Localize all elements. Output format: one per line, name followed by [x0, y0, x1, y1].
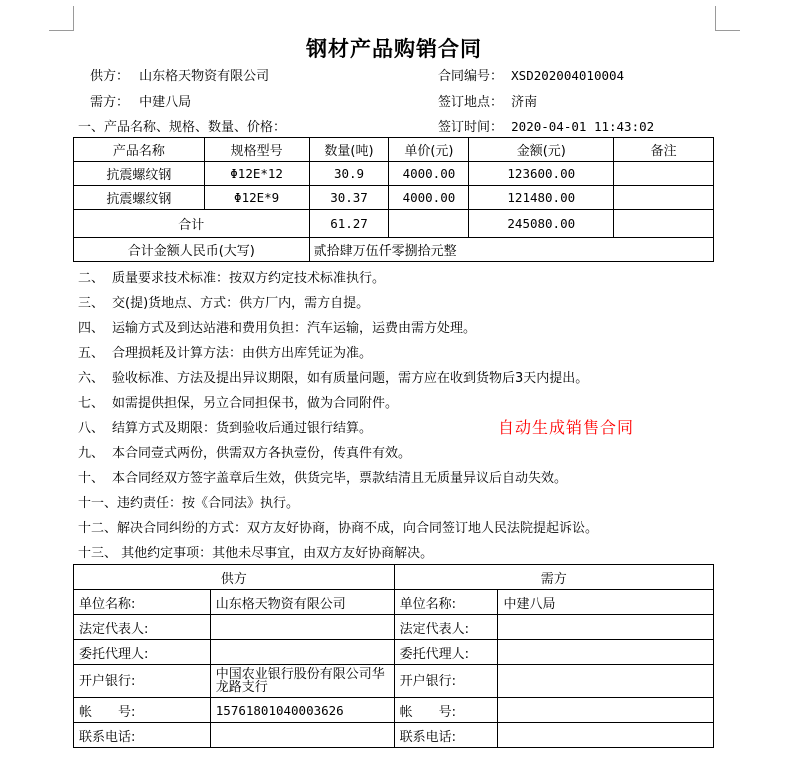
total-qty: 61.27	[309, 210, 389, 238]
supplier-agent-label: 委托代理人:	[74, 640, 211, 665]
clause-7: 七、如需提供担保，另立合同担保书，做为合同附件。	[78, 391, 598, 416]
cell-amount: 121480.00	[469, 186, 614, 210]
auto-generated-label: 自动生成销售合同	[498, 415, 634, 438]
total-amount: 245080.00	[469, 210, 614, 238]
sign-time-value: 2020-04-01 11:43:02	[511, 119, 654, 134]
total-note	[614, 210, 714, 238]
total-price	[389, 210, 469, 238]
contract-no-label: 合同编号：	[438, 69, 503, 84]
clause-12: 十二、解决合同纠纷的方式：双方友好协商，协商不成，向合同签订地人民法院提起诉讼。	[78, 516, 598, 541]
clause-4: 四、运输方式及到达站港和费用负担：汽车运输，运费由需方处理。	[78, 316, 598, 341]
phone-row: 联系电话: 联系电话:	[74, 723, 714, 748]
sign-place-label: 签订地点：	[438, 95, 503, 110]
clause-13: 十三、 其他约定事项：其他未尽事宜，由双方友好协商解决。	[78, 541, 598, 566]
clause-2: 二、质量要求技术标准：按双方约定技术标准执行。	[78, 266, 598, 291]
buyer-line: 需方： 中建八局	[90, 91, 191, 110]
supplier-unit-name: 山东格天物资有限公司	[210, 590, 394, 615]
goods-header-row: 产品名称 规格型号 数量(吨) 单价(元) 金额(元) 备注	[74, 138, 714, 162]
total-rmb-label: 合计金额人民币(大写)	[74, 238, 310, 262]
supplier-phone-label: 联系电话:	[74, 723, 211, 748]
supplier-phone	[210, 723, 394, 748]
buyer-unit-name-label: 单位名称:	[394, 590, 498, 615]
supplier-bank: 中国农业银行股份有限公司华龙路支行	[210, 665, 394, 698]
sign-time-label: 签订时间：	[438, 120, 503, 135]
buyer-header: 需方	[394, 565, 713, 590]
buyer-bank-label: 开户银行:	[394, 665, 498, 698]
col-header-price: 单价(元)	[389, 138, 469, 162]
unit-name-row: 单位名称: 山东格天物资有限公司 单位名称: 中建八局	[74, 590, 714, 615]
agent-row: 委托代理人: 委托代理人:	[74, 640, 714, 665]
supplier-agent	[210, 640, 394, 665]
col-header-note: 备注	[614, 138, 714, 162]
account-row: 帐 号: 15761801040003626 帐 号:	[74, 698, 714, 723]
page-corner-mark-right	[715, 6, 740, 31]
supplier-label: 供方：	[90, 69, 129, 84]
cell-qty: 30.9	[309, 162, 389, 186]
supplier-account: 15761801040003626	[210, 698, 394, 723]
parties-header-row: 供方 需方	[74, 565, 714, 590]
section-one-heading: 一、产品名称、规格、数量、价格：	[78, 116, 286, 135]
table-row: 抗震螺纹钢 Φ12E*9 30.37 4000.00 121480.00	[74, 186, 714, 210]
col-header-spec: 规格型号	[204, 138, 309, 162]
cell-note	[614, 162, 714, 186]
sign-place-value: 济南	[511, 95, 537, 110]
buyer-agent-label: 委托代理人:	[394, 640, 498, 665]
clause-11: 十一、违约责任：按《合同法》执行。	[78, 491, 598, 516]
supplier-bank-label: 开户银行:	[74, 665, 211, 698]
buyer-value: 中建八局	[139, 95, 191, 110]
supplier-line: 供方： 山东格天物资有限公司	[90, 65, 269, 84]
supplier-unit-name-label: 单位名称:	[74, 590, 211, 615]
supplier-value: 山东格天物资有限公司	[139, 69, 269, 84]
clause-6: 六、验收标准、方法及提出异议期限，如有质量问题，需方应在收到货物后3天内提出。	[78, 366, 598, 391]
legal-rep-row: 法定代表人: 法定代表人:	[74, 615, 714, 640]
supplier-header: 供方	[74, 565, 395, 590]
col-header-qty: 数量(吨)	[309, 138, 389, 162]
cell-amount: 123600.00	[469, 162, 614, 186]
clause-9: 九、本合同壹式两份，供需双方各执壹份，传真件有效。	[78, 441, 598, 466]
total-row: 合计 61.27 245080.00	[74, 210, 714, 238]
buyer-agent	[498, 640, 714, 665]
cell-name: 抗震螺纹钢	[74, 186, 205, 210]
total-rmb-row: 合计金额人民币(大写) 贰拾肆万伍仟零捌拾元整	[74, 238, 714, 262]
buyer-label: 需方：	[90, 95, 129, 110]
sign-time-line: 签订时间： 2020-04-01 11:43:02	[438, 116, 654, 135]
sign-place-line: 签订地点： 济南	[438, 91, 537, 110]
goods-table: 产品名称 规格型号 数量(吨) 单价(元) 金额(元) 备注 抗震螺纹钢 Φ12…	[73, 137, 714, 262]
contract-no-value: XSD202004010004	[511, 68, 624, 83]
buyer-phone-label: 联系电话:	[394, 723, 498, 748]
clause-5: 五、合理损耗及计算方法：由供方出库凭证为准。	[78, 341, 598, 366]
buyer-legal-rep-label: 法定代表人:	[394, 615, 498, 640]
table-row: 抗震螺纹钢 Φ12E*12 30.9 4000.00 123600.00	[74, 162, 714, 186]
clause-10: 十、本合同经双方签字盖章后生效，供货完毕，票款结清且无质量异议后自动失效。	[78, 466, 598, 491]
cell-price: 4000.00	[389, 186, 469, 210]
buyer-account	[498, 698, 714, 723]
supplier-legal-rep-label: 法定代表人:	[74, 615, 211, 640]
col-header-amount: 金额(元)	[469, 138, 614, 162]
page-corner-mark-left	[49, 6, 74, 31]
cell-name: 抗震螺纹钢	[74, 162, 205, 186]
cell-qty: 30.37	[309, 186, 389, 210]
buyer-unit-name: 中建八局	[498, 590, 714, 615]
total-rmb-value: 贰拾肆万伍仟零捌拾元整	[309, 238, 713, 262]
buyer-account-label: 帐 号:	[394, 698, 498, 723]
contract-no-line: 合同编号： XSD202004010004	[438, 65, 624, 84]
supplier-legal-rep	[210, 615, 394, 640]
cell-note	[614, 186, 714, 210]
buyer-bank	[498, 665, 714, 698]
total-label: 合计	[74, 210, 310, 238]
supplier-account-label: 帐 号:	[74, 698, 211, 723]
cell-spec: Φ12E*12	[204, 162, 309, 186]
buyer-legal-rep	[498, 615, 714, 640]
cell-spec: Φ12E*9	[204, 186, 309, 210]
bank-row: 开户银行: 中国农业银行股份有限公司华龙路支行 开户银行:	[74, 665, 714, 698]
col-header-name: 产品名称	[74, 138, 205, 162]
document-title: 钢材产品购销合同	[0, 33, 788, 63]
parties-table: 供方 需方 单位名称: 山东格天物资有限公司 单位名称: 中建八局 法定代表人:…	[73, 564, 714, 748]
cell-price: 4000.00	[389, 162, 469, 186]
buyer-phone	[498, 723, 714, 748]
clause-3: 三、交(提)货地点、方式：供方厂内，需方自提。	[78, 291, 598, 316]
